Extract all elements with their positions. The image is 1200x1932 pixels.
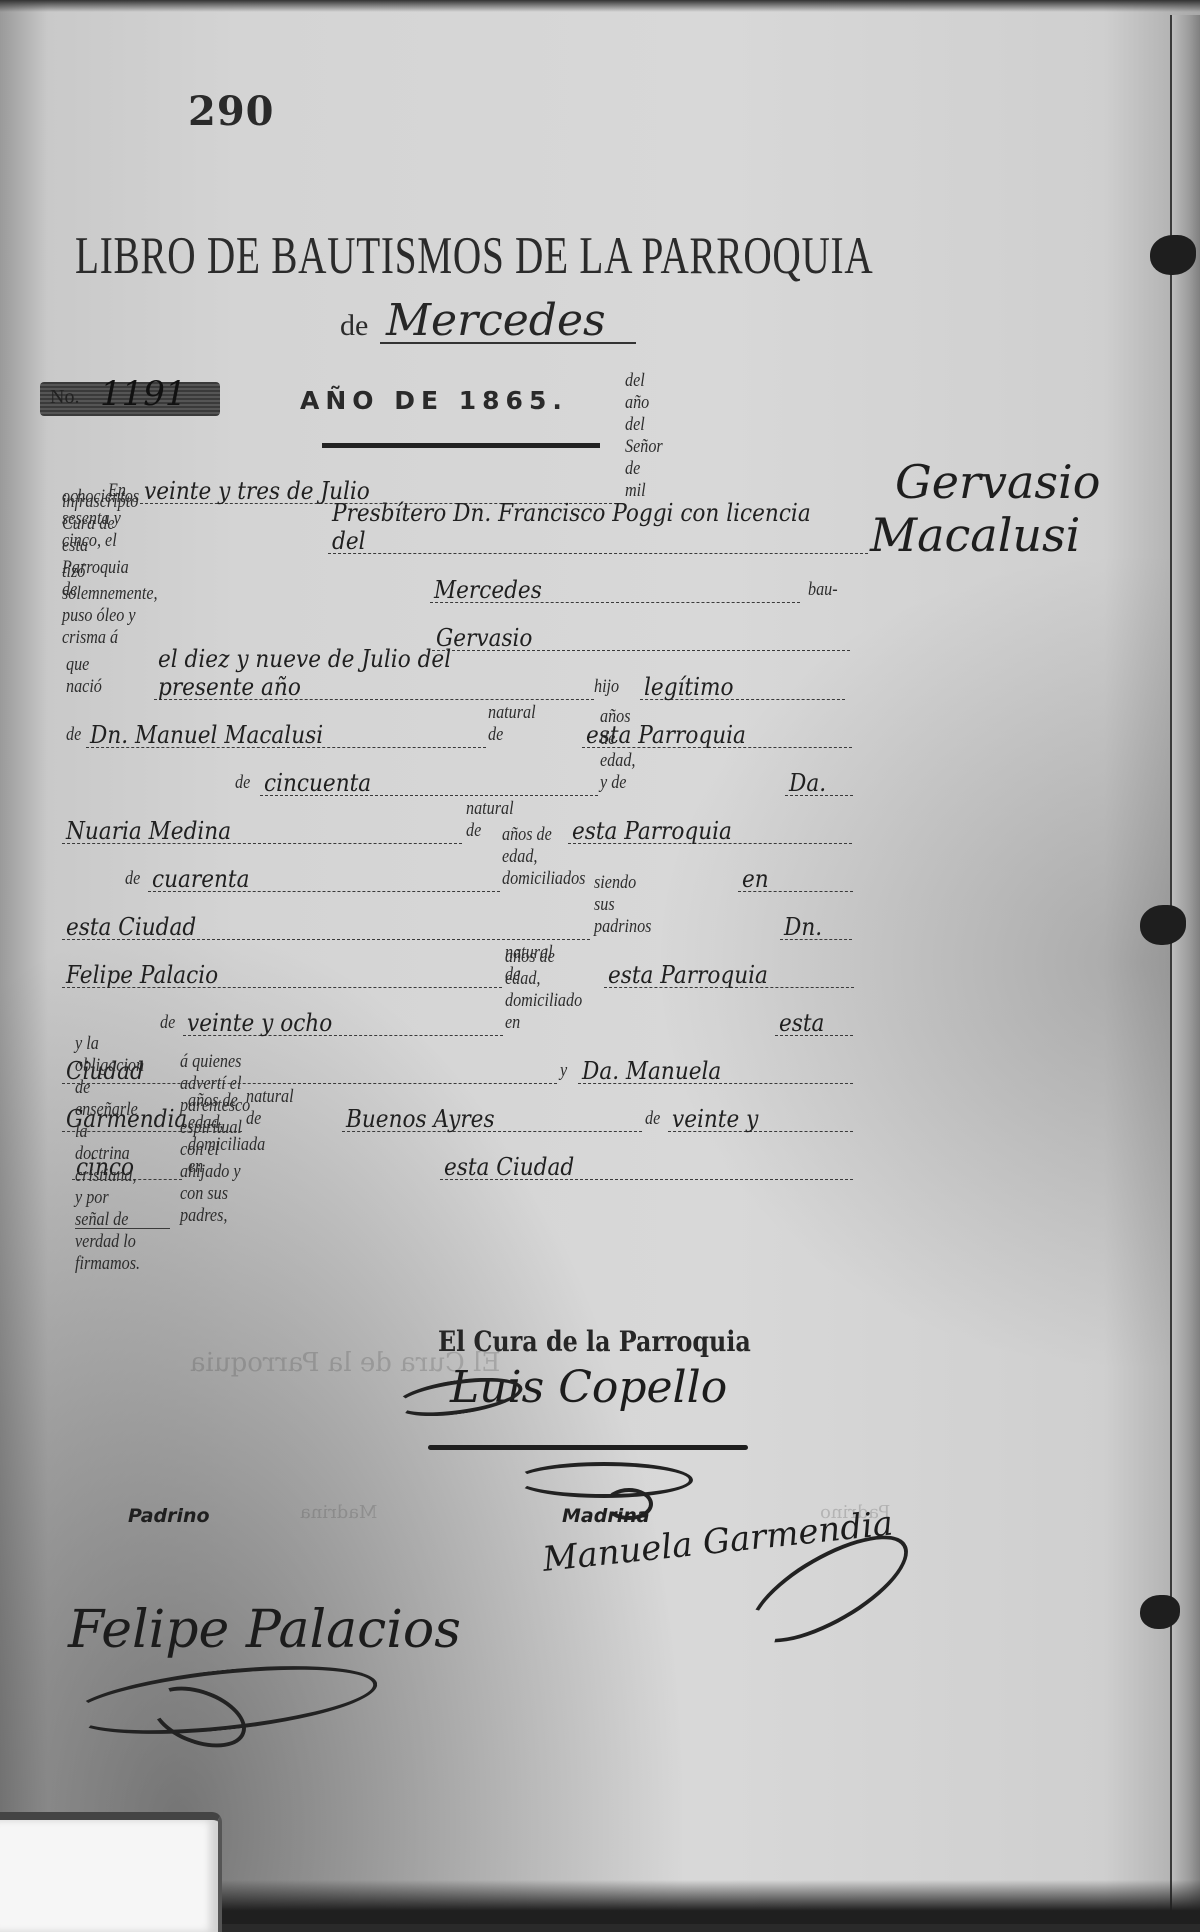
filled-field: legítimo [640,665,845,700]
printed-text: que nació [66,654,102,698]
filled-field: Dn. Manuel Macalusi [86,713,486,748]
handwritten-text: Mercedes [434,576,542,604]
filled-field: Dn. [780,905,852,940]
filled-field: Da. Manuela [578,1049,853,1084]
filled-field: cincuenta [260,761,598,796]
parish-name: Mercedes [380,300,636,344]
printed-text: de [125,868,140,890]
filled-field: esta Ciudad [62,905,590,940]
parish-prefix: de [340,309,380,343]
signature-flourish [515,1462,693,1498]
handwritten-text: Da. [789,769,826,797]
printed-text: y la obligacion de enseñarle la doctrina… [75,1033,144,1275]
printed-text: años de edad, domiciliado en [505,946,582,1034]
signature-flourish [393,1371,524,1422]
filled-field: Da. [785,761,853,796]
padrino-signature: Felipe Palacios [68,1600,461,1660]
printed-text: á quienes advertí el parentesco espiritu… [180,1051,250,1227]
filled-field: esta Ciudad [440,1145,853,1180]
filled-field: el diez y nueve de Julio del presente añ… [154,665,594,700]
handwritten-text: legítimo [644,673,734,701]
printed-text: años de edad, domiciliados [502,824,585,890]
handwritten-text: cuarenta [152,865,249,893]
printed-text: natural de [488,702,536,746]
filled-field: esta Parroquia [568,809,852,844]
signature-flourish-line [428,1445,748,1450]
printed-text: de [235,772,250,794]
printed-text: bau- [808,579,838,601]
printed-text: y [560,1060,567,1082]
printed-text: hijo [594,676,619,698]
handwritten-text: cincuenta [264,769,371,797]
printed-text: tizó solemnemente, puso óleo y crisma á [62,561,158,649]
handwritten-text: veinte y [672,1105,758,1133]
printed-text: del año del Señor de mil [625,370,663,502]
register-page: El Cura de la Parroquia Madrina Padrino … [0,0,1200,1924]
handwritten-text: Da. Manuela [582,1057,721,1085]
filled-field: Mercedes [430,568,800,603]
binding-hole [1140,1595,1180,1629]
padrino-label: Padrino [128,1505,210,1527]
page-top-edge [0,0,1200,12]
filled-field: Presbítero Dn. Francisco Poggi con licen… [328,519,868,554]
handwritten-text: Nuaria Medina [66,817,231,845]
handwritten-text: esta Ciudad [444,1153,574,1181]
handwritten-text: en [742,865,769,893]
filled-field: en [738,857,853,892]
binding-hole [1150,235,1196,275]
filled-field: Felipe Palacio [62,953,502,988]
printed-text: siendo sus padrinos [594,872,651,938]
handwritten-text: esta Ciudad [66,913,196,941]
bleed-through-madrina: Madrina [300,1502,377,1523]
filled-field: veinte y [668,1097,853,1132]
margin-surname: Macalusi [870,508,1080,562]
handwritten-text: Presbítero Dn. Francisco Poggi con licen… [332,499,814,555]
printed-text: de [160,1012,175,1034]
handwritten-text: Dn. [784,913,822,941]
filled-field: veinte y ocho [183,1001,503,1036]
year-label: AÑO DE 1865. [300,386,568,415]
handwritten-text: Dn. Manuel Macalusi [90,721,323,749]
filled-field: esta [775,1001,853,1036]
folio-number: 290 [188,88,275,135]
handwritten-text: esta [779,1009,824,1037]
book-title: LIBRO DE BAUTISMOS DE LA PARROQUIA [75,226,873,286]
margin-given-name: Gervasio [895,455,1100,509]
filled-field: Nuaria Medina [62,809,462,844]
handwritten-text: esta Parroquia [572,817,732,845]
filled-field: esta Parroquia [604,953,854,988]
binding-strip [1170,15,1200,1924]
handwritten-text: el diez y nueve de Julio del presente añ… [158,645,550,701]
cura-label: El Cura de la Parroquia [438,1325,751,1358]
handwritten-text: Felipe Palacio [66,961,218,989]
madrina-label: Madrina [562,1505,650,1527]
handwritten-text: veinte y ocho [187,1009,332,1037]
handwritten-text: Buenos Ayres [346,1105,495,1133]
filled-field: cuarenta [148,857,500,892]
entry-number-label: No. [50,386,79,409]
printed-text: años de edad, y de [600,706,635,794]
entry-number-badge: No. 1191 [40,382,220,416]
printed-text: de [645,1108,660,1130]
parish-line: deMercedes [340,300,636,344]
header-divider [322,443,600,448]
entry-number-value: 1191 [100,374,187,414]
printed-text: de [66,724,81,746]
filled-field: Buenos Ayres [342,1097,642,1132]
binding-hole [1140,905,1186,945]
handwritten-text: esta Parroquia [608,961,768,989]
reference-card [0,1812,222,1924]
